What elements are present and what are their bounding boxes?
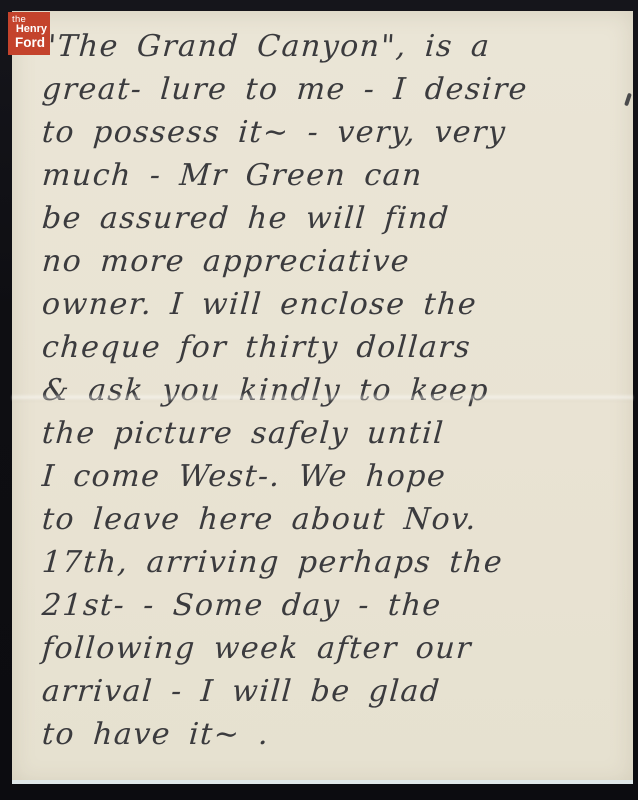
logo-ford-label: Ford <box>15 35 45 50</box>
henry-ford-logo: the Henry Ford <box>8 12 50 55</box>
handwritten-line: to leave here about Nov. <box>40 498 616 541</box>
handwritten-line: 21st- - Some day - the <box>40 584 616 627</box>
handwritten-line: "The Grand Canyon", is a <box>40 25 616 68</box>
handwritten-line: following week after our <box>40 627 616 670</box>
handwritten-line: 17th, arriving perhaps the <box>40 541 616 584</box>
scan-background: "The Grand Canyon", is a great- lure to … <box>0 0 638 800</box>
letter-paper: "The Grand Canyon", is a great- lure to … <box>12 11 633 784</box>
handwritten-line: the picture safely until <box>40 412 616 455</box>
handwritten-line: I come West-. We hope <box>40 455 616 498</box>
handwritten-line: to possess it~ - very, very <box>40 111 616 154</box>
handwritten-line: great- lure to me - I desire <box>40 68 616 111</box>
handwritten-line: much - Mr Green can <box>40 154 616 197</box>
handwritten-line: & ask you kindly to keep <box>40 369 616 412</box>
handwritten-line: cheque for thirty dollars <box>40 326 616 369</box>
handwritten-line: owner. I will enclose the <box>40 283 616 326</box>
handwritten-line: no more appreciative <box>40 240 616 283</box>
letter-body: "The Grand Canyon", is a great- lure to … <box>12 11 633 756</box>
handwritten-line: be assured he will find <box>40 197 616 240</box>
logo-henry-label: Henry <box>16 23 47 35</box>
fold-crease <box>12 394 633 401</box>
handwritten-line: to have it~ . <box>40 713 616 756</box>
scan-edge-highlight <box>12 780 633 784</box>
handwritten-line: arrival - I will be glad <box>40 670 616 713</box>
